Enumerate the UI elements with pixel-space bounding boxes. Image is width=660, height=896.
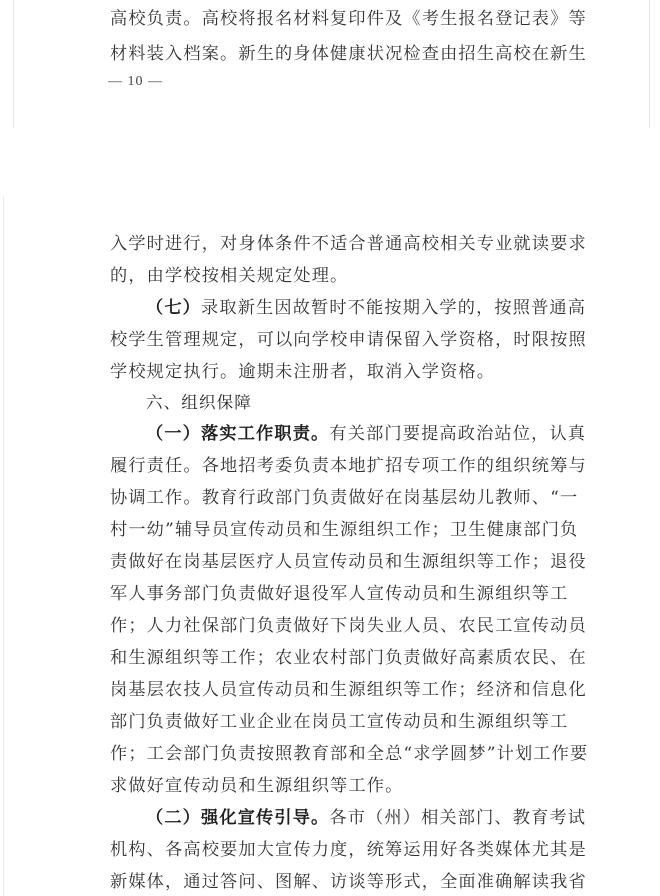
item-label: （一）落实工作职责。	[146, 424, 329, 444]
text-line: 责做好在岗基层医疗人员宣传动员和生源组织等工作；退役	[110, 546, 550, 579]
text-line: 履行责任。各地招考委负责本地扩招专项工作的组织统筹与	[110, 450, 550, 483]
text-line: 求做好宣传动员和生源组织等工作。	[110, 770, 550, 803]
text-line: 村一幼”辅导员宣传动员和生源组织工作；卫生健康部门负	[110, 514, 550, 547]
text-line: 作；工会部门负责按照教育部和全总“求学圆梦”计划工作要	[110, 738, 550, 771]
text-line: 新媒体，通过答问、图解、访谈等形式，全面准确解读我省	[110, 866, 550, 896]
paragraph-item-2-first-line: （二）强化宣传引导。各市（州）相关部门、教育考试	[146, 802, 550, 835]
text-line: 入学时进行，对身体条件不适合普通高校相关专业就读要求	[110, 228, 550, 261]
paragraph-item-7-first-line: （七）录取新生因故暂时不能按期入学的，按照普通高	[146, 292, 550, 325]
text-span: 各市（州）相关部门、教育考试	[329, 808, 586, 828]
text-span: 有关部门要提高政治站位，认真	[329, 424, 586, 444]
item-label: （七）	[146, 298, 201, 318]
page-number: — 10 —	[108, 74, 163, 90]
text-line: 和生源组织等工作；农业农村部门负责做好高素质农民、在	[110, 642, 550, 675]
text-line: 高校负责。高校将报名材料复印件及《考生报名登记表》等	[110, 3, 550, 36]
text-line: 校学生管理规定，可以向学校申请保留入学资格，时限按照	[110, 324, 550, 357]
section-heading: 六、组织保障	[146, 386, 550, 419]
text-line: 协调工作。教育行政部门负责做好在岗基层幼儿教师、“一	[110, 482, 550, 515]
paragraph-item-1-first-line: （一）落实工作职责。有关部门要提高政治站位，认真	[146, 418, 550, 451]
text-line: 学校规定执行。逾期未注册者，取消入学资格。	[110, 356, 550, 389]
text-line: 材料装入档案。新生的身体健康状况检查由招生高校在新生	[110, 38, 550, 71]
text-line: 的，由学校按相关规定处理。	[110, 260, 550, 293]
text-line: 军人事务部门负责做好退役军人宣传动员和生源组织等工	[110, 578, 550, 611]
text-line: 部门负责做好工业企业在岗员工宣传动员和生源组织等工	[110, 706, 550, 739]
item-label: （二）强化宣传引导。	[146, 808, 329, 828]
text-line: 作；人力社保部门负责做好下岗失业人员、农民工宣传动员	[110, 610, 550, 643]
text-line: 岗基层农技人员宣传动员和生源组织等工作；经济和信息化	[110, 674, 550, 707]
text-line: 机构、各高校要加大宣传力度，统筹运用好各类媒体尤其是	[110, 834, 550, 867]
text-span: 录取新生因故暂时不能按期入学的，按照普通高	[201, 298, 586, 318]
